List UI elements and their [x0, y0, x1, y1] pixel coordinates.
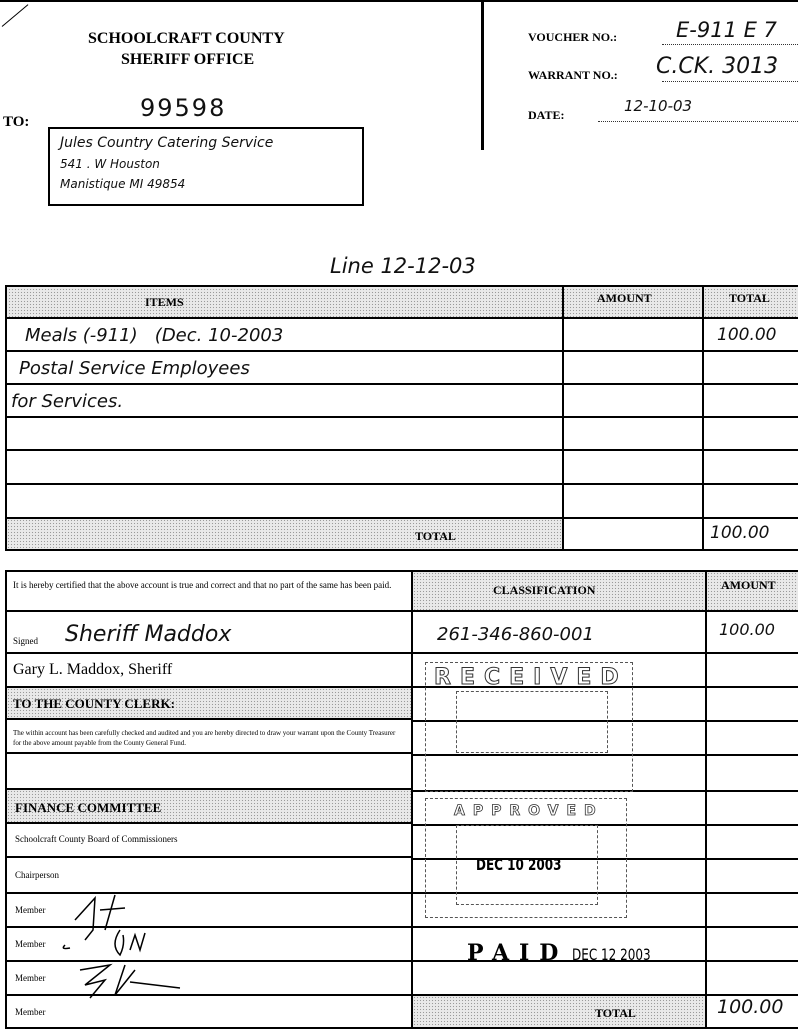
vendor-number: 99598 [140, 94, 226, 122]
clerk-text: The within account has been carefully ch… [13, 728, 405, 748]
row-divider [5, 449, 798, 451]
items-table: ITEMS AMOUNT TOTAL Meals (-911) (Dec. 10… [5, 285, 798, 551]
row-divider [5, 994, 411, 996]
vendor-city: Manistique MI 49854 [60, 177, 185, 191]
warrant-line [662, 81, 798, 82]
row-divider [411, 610, 798, 612]
date-label: DATE: [528, 108, 564, 123]
total-header: TOTAL [729, 291, 770, 306]
items-total-bg [7, 519, 562, 549]
classification-code: 261-346-860-001 [437, 624, 594, 645]
finance-heading: FINANCE COMMITTEE [15, 800, 161, 816]
row-divider [5, 652, 411, 654]
warrant-label: WARRANT NO.: [528, 68, 618, 83]
row-divider [5, 416, 798, 418]
voucher-line [662, 44, 798, 45]
date-line [598, 121, 798, 122]
member-label-4: Member [15, 1007, 46, 1017]
chairperson-label: Chairperson [15, 870, 59, 880]
row-divider [5, 383, 798, 385]
vendor-name: Jules Country Catering Service [60, 135, 273, 151]
paid-stamp: PAID DEC 12 2003 [467, 940, 677, 966]
signed-label: Signed [13, 636, 38, 646]
table-top [5, 285, 798, 287]
table-bottom [5, 549, 798, 551]
signer-name: Gary L. Maddox, Sheriff [13, 661, 172, 679]
row-divider [5, 610, 411, 612]
row-divider [5, 317, 798, 319]
vendor-address-box: Jules Country Catering Service 541 . W H… [48, 127, 364, 206]
voucher-label: VOUCHER NO.: [528, 30, 617, 45]
row-divider [5, 483, 798, 485]
classification-total-label: TOTAL [595, 1006, 636, 1021]
row-divider [5, 822, 411, 824]
approval-section: CLASSIFICATION AMOUNT It is hereby certi… [5, 570, 798, 1029]
items-header-bg [5, 285, 798, 317]
item-row-1-total: 100.00 [717, 325, 776, 345]
paid-stamp-text: PAID [467, 940, 568, 966]
classification-total-value: 100.00 [717, 996, 783, 1018]
warrant-value: C.CK. 3013 [656, 54, 778, 79]
classification-total-bg [413, 996, 705, 1027]
agency-title-line1: SCHOOLCRAFT COUNTY [88, 30, 285, 48]
member-label-1: Member [15, 905, 46, 915]
handwritten-annotation: Line 12-12-03 [330, 254, 476, 278]
voucher-value: E-911 E 7 [676, 18, 777, 42]
classification-amount: 100.00 [719, 620, 775, 639]
row-divider [5, 718, 411, 720]
item-row-1: Meals (-911) (Dec. 10-2003 [25, 325, 283, 346]
item-row-3: for Services. [11, 391, 123, 412]
row-divider [5, 856, 411, 858]
certification-statement: It is hereby certified that the above ac… [13, 580, 405, 591]
received-stamp: RECEIVED [425, 662, 633, 792]
member-label-2: Member [15, 939, 46, 949]
sheriff-signature: Sheriff Maddox [65, 622, 231, 647]
corner-mark [2, 4, 29, 27]
class-amount-header: AMOUNT [721, 578, 776, 593]
items-total-label: TOTAL [415, 529, 456, 544]
items-total-value: 100.00 [710, 523, 769, 543]
items-header: ITEMS [145, 295, 184, 310]
board-label: Schoolcraft County Board of Commissioner… [15, 834, 177, 844]
date-value: 12-10-03 [624, 97, 692, 115]
row-divider [411, 926, 798, 928]
item-row-2: Postal Service Employees [19, 358, 250, 379]
col-divider-amount [562, 285, 564, 551]
row-divider [5, 960, 411, 962]
top-border [0, 0, 798, 2]
approved-stamp-text: APPROVED [454, 803, 604, 819]
member-signature-2 [105, 925, 165, 965]
approved-stamp-date: DEC 10 2003 [476, 855, 561, 874]
vendor-street: 541 . W Houston [60, 157, 160, 171]
to-label: TO: [3, 114, 29, 131]
amount-header: AMOUNT [597, 291, 652, 306]
row-divider [5, 752, 411, 754]
classification-header: CLASSIFICATION [493, 583, 595, 598]
row-divider [411, 652, 798, 654]
approved-stamp: APPROVED DEC 10 2003 [425, 798, 627, 918]
paid-stamp-date: DEC 12 2003 [572, 945, 651, 964]
received-stamp-inner [456, 691, 608, 753]
col-divider-total [702, 285, 704, 551]
header-divider [481, 0, 484, 150]
member-label-3: Member [15, 973, 46, 983]
row-divider [5, 350, 798, 352]
agency-title-line2: SHERIFF OFFICE [121, 51, 254, 69]
table-left [5, 285, 7, 551]
clerk-heading: TO THE COUNTY CLERK: [13, 696, 175, 712]
received-stamp-text: RECEIVED [434, 665, 628, 690]
member-signature-3 [75, 960, 185, 1000]
